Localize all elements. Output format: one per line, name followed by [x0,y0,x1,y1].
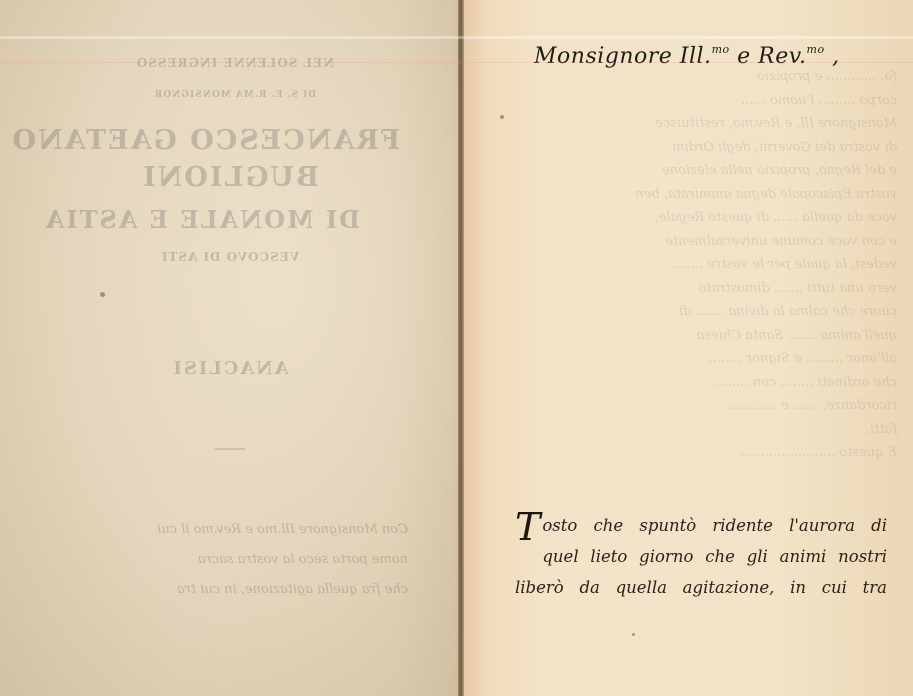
drop-cap: T [515,512,540,542]
salutation-sup: mo [712,43,730,56]
ink-spot [100,292,105,297]
salutation-heading: Monsignore Ill.mo e Rev.mo , [534,43,840,69]
book-spread: NEL SOLENNE INGRESSO DI S. E. R.MA MONSI… [0,0,913,696]
bleed-heading-line: ANACLISI [145,358,315,379]
bleed-place-line: DI MONALE E ASTIA [100,205,360,234]
body-paragraph: T osto che spuntò ridente l'aurora di qu… [515,510,887,603]
bleed-body-line: che fra quella agitazione, in cui tra [78,582,408,597]
salutation-end: , [825,44,840,69]
ink-spot [500,115,504,119]
bleed-name-line: FRANCESCO GAETANO [60,125,400,156]
bleed-surname-line: BUGLIONI [130,162,330,193]
bleed-body-line: nome porta seco la vostra sacra [78,552,408,567]
salutation-sup: mo [807,43,825,56]
body-line: liberò da quella agitazione, in cui tra [515,572,887,603]
left-page: NEL SOLENNE INGRESSO DI S. E. R.MA MONSI… [0,0,462,696]
salutation-main: Monsignore Ill. [534,44,712,69]
scan-artifact [0,36,913,39]
scan-artifact [0,62,913,63]
ink-spot [632,633,635,636]
bleed-body-line: Con Monsignore Ill.mo e Rev.mo il cui [78,522,408,537]
bleed-subtitle-line: DI S. E. R.MA MONSIGNOR [135,90,335,100]
bleed-divider [215,448,245,450]
body-line: osto che spuntò ridente l'aurora di [515,510,887,541]
bleed-title-line: NEL SOLENNE INGRESSO [125,56,345,70]
book-gutter [458,0,464,696]
salutation-middle: e Rev. [730,44,807,69]
bleed-through-body: fo, ............ e propizio corpo ......… [512,65,897,465]
body-line: quel lieto giorno che gli animi nostri [515,541,887,572]
bleed-role-line: VESCOVO DI ASTI [150,250,310,264]
